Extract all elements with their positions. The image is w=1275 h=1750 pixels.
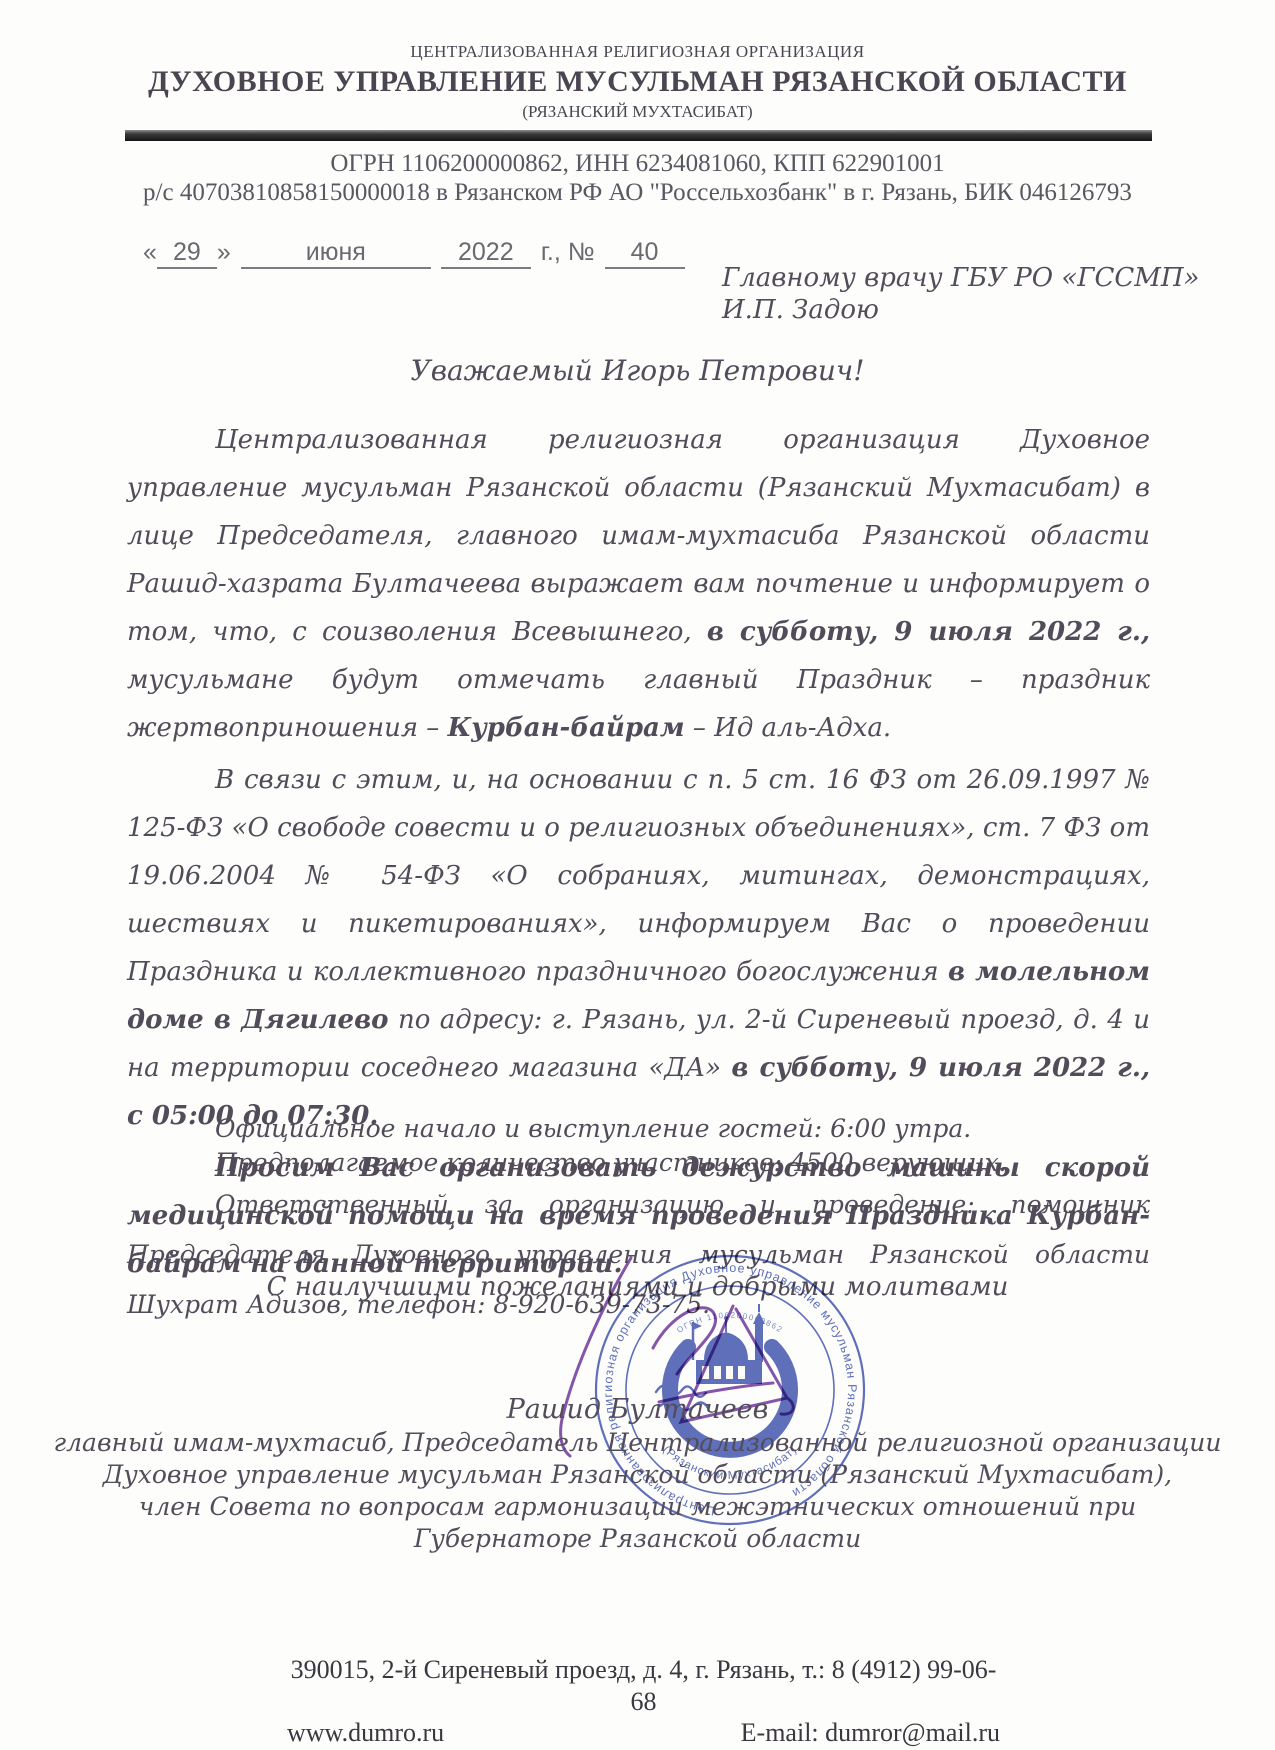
- salutation: Уважаемый Игорь Петрович!: [0, 354, 1275, 387]
- addressee-line2: И.П. Задою: [722, 294, 1199, 326]
- org-subname: (РЯЗАНСКИЙ МУХТАСИБАТ): [0, 100, 1275, 123]
- p1-text3: – Ид аль-Адха.: [685, 713, 892, 743]
- p1-bold-holiday: Курбан-байрам: [448, 713, 685, 743]
- addressee-block: Главному врачу ГБУ РО «ГССМП» И.П. Задою: [722, 262, 1199, 326]
- number-label: г., №: [541, 238, 595, 266]
- signer-title-2: Духовное управление мусульман Рязанской …: [0, 1459, 1275, 1491]
- paragraph-1: Централизованная религиозная организация…: [127, 416, 1150, 752]
- footer-website: www.dumro.ru: [287, 1718, 444, 1748]
- p2-text: В связи с этим, и, на основании с п. 5 с…: [127, 765, 1150, 987]
- signer-title-3: член Совета по вопросам гармонизации меж…: [0, 1491, 1275, 1523]
- letterhead-rule: [125, 130, 1152, 141]
- date-day: 29: [157, 238, 217, 269]
- date-year: 2022: [441, 238, 531, 269]
- signature-block: Рашид Бултачеев главный имам-мухтасиб, П…: [0, 1392, 1275, 1555]
- p1-text: Централизованная религиозная организация…: [127, 425, 1150, 647]
- org-name: ДУХОВНОЕ УПРАВЛЕНИЕ МУСУЛЬМАН РЯЗАНСКОЙ …: [0, 64, 1275, 100]
- footer-address: 390015, 2-й Сиреневый проезд, д. 4, г. Р…: [287, 1654, 1000, 1718]
- org-type: ЦЕНТРАЛИЗОВАННАЯ РЕЛИГИОЗНАЯ ОРГАНИЗАЦИЯ: [0, 40, 1275, 64]
- signer-name: Рашид Бултачеев: [0, 1392, 1275, 1427]
- addressee-line1: Главному врачу ГБУ РО «ГССМП»: [722, 262, 1199, 294]
- quote-open: «: [143, 238, 157, 266]
- paragraph-2: В связи с этим, и, на основании с п. 5 с…: [127, 756, 1150, 1140]
- signer-title-4: Губернаторе Рязанской области: [0, 1523, 1275, 1555]
- footer-email: E-mail: dumror@mail.ru: [741, 1718, 1000, 1748]
- requisites: ОГРН 1106200000862, ИНН 6234081060, КПП …: [0, 149, 1275, 207]
- letterhead: ЦЕНТРАЛИЗОВАННАЯ РЕЛИГИОЗНАЯ ОРГАНИЗАЦИЯ…: [0, 40, 1275, 123]
- detail-participants: Предполагаемое количество участников: 45…: [215, 1146, 1150, 1180]
- requisites-line1: ОГРН 1106200000862, ИНН 6234081060, КПП …: [0, 149, 1275, 178]
- p1-bold-date: в субботу, 9 июля 2022 г.,: [707, 617, 1150, 647]
- signer-title-1: главный имам-мухтасиб, Председатель Цент…: [0, 1427, 1275, 1459]
- scanned-letter-page: ЦЕНТРАЛИЗОВАННАЯ РЕЛИГИОЗНАЯ ОРГАНИЗАЦИЯ…: [0, 0, 1275, 1750]
- requisites-line2: р/с 40703810858150000018 в Рязанском РФ …: [0, 178, 1275, 207]
- detail-start-time: Официальное начало и выступление гостей:…: [215, 1112, 1150, 1146]
- date-month: июня: [241, 238, 431, 269]
- date-number-line: «29»июня2022г., №40: [143, 238, 685, 269]
- quote-close: »: [217, 238, 231, 266]
- footer: 390015, 2-й Сиреневый проезд, д. 4, г. Р…: [287, 1654, 1000, 1748]
- letter-number: 40: [605, 238, 685, 269]
